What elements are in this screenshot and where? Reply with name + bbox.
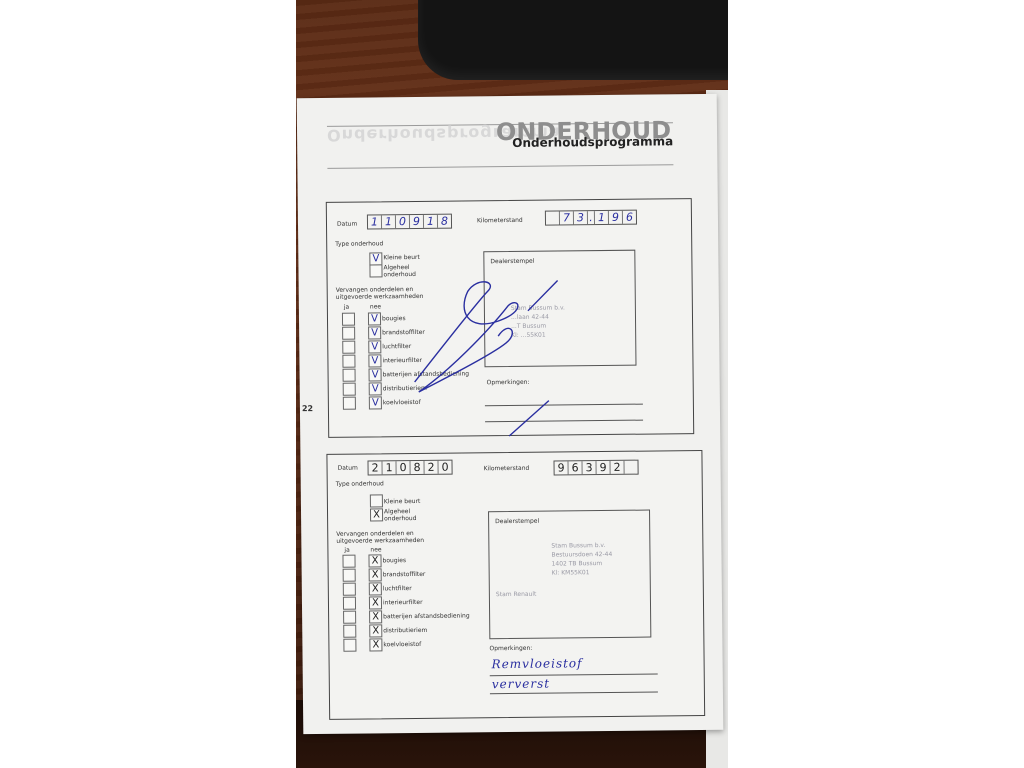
replaced-parts-label-2: uitgevoerde werkzaamheden <box>336 537 424 545</box>
dealer-stamp: Stam Bussum b.v. Bestuursdoen 42-44 1402… <box>551 541 612 578</box>
stamp-line: Kl: KM55K01 <box>552 568 613 578</box>
no-checkbox: X <box>369 568 382 581</box>
yes-checkbox <box>343 625 356 638</box>
date-digit: 2 <box>368 461 382 474</box>
no-checkbox: V <box>368 326 381 339</box>
small-service-checkbox <box>370 494 383 507</box>
odometer-digit: 7 <box>560 211 574 224</box>
remarks-label: Opmerkingen: <box>487 379 530 386</box>
yes-checkbox <box>342 341 355 354</box>
leather-wallet <box>418 0 728 80</box>
yes-checkbox <box>343 597 356 610</box>
no-checkbox: X <box>369 610 382 623</box>
full-service-label-2: onderhoud <box>383 271 415 278</box>
odometer-digit <box>546 211 560 224</box>
part-label: distributieriem <box>383 385 427 392</box>
odometer-field: 7 3 . 1 9 6 <box>545 210 637 226</box>
yes-checkbox <box>342 355 355 368</box>
date-digit: 0 <box>438 461 451 474</box>
yes-checkbox <box>343 369 356 382</box>
replaced-parts-label-2: uitgevoerde werkzaamheden <box>336 293 424 301</box>
no-checkbox: V <box>368 354 381 367</box>
date-digit: 8 <box>438 215 451 228</box>
no-checkbox: V <box>369 368 382 381</box>
full-service-checkbox: X <box>370 508 383 521</box>
date-digit: 1 <box>382 215 396 228</box>
part-label: brandstoffilter <box>382 329 425 336</box>
remarks-line <box>485 404 643 407</box>
odometer-digit: 1 <box>595 211 609 224</box>
remarks-handwriting-1: Remvloeistof <box>492 656 583 671</box>
dealer-stamp-label: Dealerstempel <box>490 258 534 265</box>
no-checkbox: V <box>368 312 381 325</box>
remarks-line <box>490 673 658 676</box>
service-entry-1: Datum 1 1 0 9 1 8 Kilometerstand 7 3 . 1… <box>326 198 694 438</box>
stamp-line: Kl: ...55K01 <box>511 330 565 340</box>
small-service-label: Kleine beurt <box>384 498 421 505</box>
odometer-digit: 6 <box>623 211 636 224</box>
odometer-digit: 2 <box>610 461 624 474</box>
yes-checkbox <box>343 611 356 624</box>
small-service-label: Kleine beurt <box>383 254 420 261</box>
date-field: 2 1 0 8 2 0 <box>367 460 452 476</box>
dealer-stamp: Stam Bussum b.v. ...laan 42-44 ...T Buss… <box>511 303 565 340</box>
odometer-digit: 9 <box>555 461 569 474</box>
yes-column-label: ja <box>344 547 349 554</box>
no-column-label: nee <box>370 303 381 310</box>
date-digit: 0 <box>396 215 410 228</box>
yes-checkbox <box>342 313 355 326</box>
date-digit: 8 <box>410 461 424 474</box>
page-number: 22 <box>302 404 313 413</box>
yes-checkbox <box>343 639 356 652</box>
full-service-label-2: onderhoud <box>384 515 416 522</box>
part-label: bougies <box>382 315 406 322</box>
no-checkbox: V <box>368 340 381 353</box>
yes-checkbox <box>342 555 355 568</box>
maintenance-booklet-page: Onderhoudsprogramma ONDERHOUD Onderhouds… <box>297 94 724 734</box>
date-digit: 1 <box>424 215 438 228</box>
dealer-stamp-box: Dealerstempel Stam Bussum b.v. ...laan 4… <box>483 250 636 368</box>
odometer-digit: 3 <box>582 461 596 474</box>
no-checkbox: V <box>369 396 382 409</box>
part-label: luchtfilter <box>382 343 411 350</box>
remarks-handwriting-2: ververst <box>492 677 550 692</box>
no-checkbox: X <box>369 596 382 609</box>
remarks-label: Opmerkingen: <box>489 645 532 652</box>
date-digit: 0 <box>396 461 410 474</box>
date-label: Datum <box>338 465 358 472</box>
no-checkbox: X <box>369 582 382 595</box>
part-label: koelvloeistof <box>383 641 421 648</box>
full-service-checkbox <box>369 264 382 277</box>
service-type-label: Type onderhoud <box>336 480 384 488</box>
service-entry-2: Datum 2 1 0 8 2 0 Kilometerstand 9 6 3 9… <box>326 450 705 720</box>
odometer-digit: 6 <box>568 461 582 474</box>
stamp-line: Stam Bussum b.v. <box>511 303 565 313</box>
date-digit: 2 <box>424 461 438 474</box>
stamp-brand: Stam Renault <box>496 590 537 599</box>
odometer-digit <box>624 461 637 474</box>
part-label: batterijen afstandsbediening <box>383 612 470 620</box>
date-digit: 1 <box>368 215 382 228</box>
remarks-line <box>485 420 643 423</box>
odometer-digit: 3 <box>574 211 588 224</box>
part-label: koelvloeistof <box>383 399 421 406</box>
yes-checkbox <box>343 569 356 582</box>
yes-column-label: ja <box>344 304 349 311</box>
photo: Onderhoudsprogramma ONDERHOUD Onderhouds… <box>296 0 728 768</box>
odometer-label: Kilometerstand <box>484 465 530 472</box>
remarks-line <box>490 691 658 694</box>
odometer-digit: 9 <box>596 461 610 474</box>
parts-list: XbougiesXbrandstoffilterXluchtfilterXint… <box>327 451 701 455</box>
part-label: luchtfilter <box>383 585 412 592</box>
yes-checkbox <box>343 583 356 596</box>
part-label: interieurfilter <box>383 599 423 606</box>
odometer-digit: 9 <box>609 211 623 224</box>
parts-list: VbougiesVbrandstoffilterVluchtfilterVint… <box>327 199 691 203</box>
no-checkbox: X <box>369 638 382 651</box>
part-label: bougies <box>382 557 406 564</box>
yes-checkbox <box>343 383 356 396</box>
date-label: Datum <box>337 221 357 228</box>
part-label: interieurfilter <box>382 357 422 364</box>
yes-checkbox <box>343 397 356 410</box>
no-checkbox: V <box>369 382 382 395</box>
yes-checkbox <box>342 327 355 340</box>
header-rule-bottom <box>327 164 673 169</box>
no-checkbox: X <box>369 624 382 637</box>
part-label: brandstoffilter <box>383 571 426 578</box>
date-field: 1 1 0 9 1 8 <box>367 214 452 230</box>
section-subtitle: Onderhoudsprogramma <box>512 134 673 150</box>
date-digit: 9 <box>410 215 424 228</box>
dealer-stamp-box: Dealerstempel Stam Bussum b.v. Bestuursd… <box>488 510 651 640</box>
stamp-line: Bestuursdoen 42-44 <box>551 550 612 560</box>
date-digit: 1 <box>382 461 396 474</box>
odometer-field: 9 6 3 9 2 <box>553 460 638 476</box>
no-checkbox: X <box>368 554 381 567</box>
part-label: distributieriem <box>383 627 427 634</box>
dealer-stamp-label: Dealerstempel <box>495 518 539 525</box>
odometer-label: Kilometerstand <box>477 217 523 224</box>
service-type-label: Type onderhoud <box>335 240 383 248</box>
no-column-label: nee <box>370 546 381 553</box>
part-label: batterijen afstandsbediening <box>383 370 470 378</box>
